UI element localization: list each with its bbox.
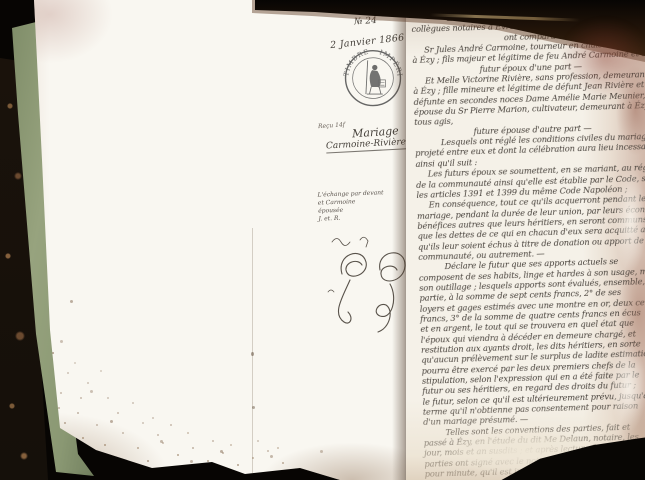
scanned-register-photo: № 24 2 Janvier 1866 TIMBRE IMPÉRIAL Reçu… (0, 0, 645, 480)
corner-red-stain (560, 18, 645, 98)
mold-speckles (70, 300, 73, 303)
ink-speck (251, 352, 254, 356)
stamp-arc-top-text: TIMBRE (342, 48, 370, 77)
ink-speck (252, 406, 255, 409)
fee-annotation: Reçu 14f (318, 121, 352, 130)
left-page: № 24 2 Janvier 1866 TIMBRE IMPÉRIAL Reçu… (0, 0, 414, 480)
seated-figure-glyph (366, 60, 385, 94)
